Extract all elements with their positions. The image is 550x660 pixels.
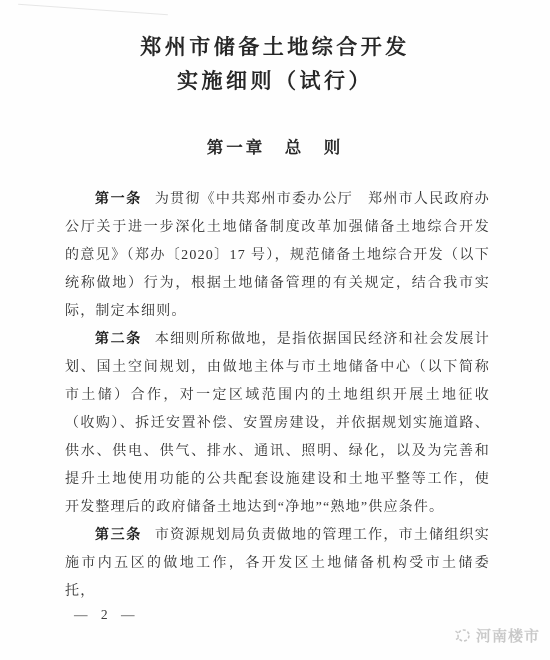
document-title-line1: 郑州市储备土地综合开发 — [0, 30, 550, 64]
watermark-label: 河南楼市 — [476, 625, 540, 646]
article-2: 第二条本细则所称做地，是指依据国民经济和社会发展计划、国土空间规划，由做地主体与… — [65, 326, 490, 522]
article-2-label: 第二条 — [95, 332, 142, 347]
chapter-heading: 第一章 总 则 — [0, 134, 550, 158]
article-1-label: 第一条 — [95, 192, 142, 207]
article-1: 第一条为贯彻《中共郑州市委办公厅 郑州市人民政府办公厅关于进一步深化土地储备制度… — [65, 186, 490, 326]
scan-artifact-line — [18, 4, 168, 15]
document-title-line2: 实施细则（试行） — [0, 64, 550, 98]
henan-loushi-logo-icon — [454, 627, 471, 644]
page-number: — 2 — — [74, 607, 140, 623]
article-3-label: 第三条 — [95, 528, 142, 543]
document-body: 第一条为贯彻《中共郑州市委办公厅 郑州市人民政府办公厅关于进一步深化土地储备制度… — [65, 186, 490, 606]
document-page: 郑州市储备土地综合开发 实施细则（试行） 第一章 总 则 第一条为贯彻《中共郑州… — [0, 0, 550, 660]
watermark: 河南楼市 — [454, 625, 540, 646]
document-title: 郑州市储备土地综合开发 实施细则（试行） — [0, 30, 550, 98]
article-3: 第三条市资源规划局负责做地的管理工作，市土储组织实施市内五区的做地工作，各开发区… — [65, 522, 490, 606]
article-1-text: 为贯彻《中共郑州市委办公厅 郑州市人民政府办公厅关于进一步深化土地储备制度改革加… — [65, 192, 490, 319]
article-2-text: 本细则所称做地，是指依据国民经济和社会发展计划、国土空间规划，由做地主体与市土地… — [65, 332, 490, 515]
